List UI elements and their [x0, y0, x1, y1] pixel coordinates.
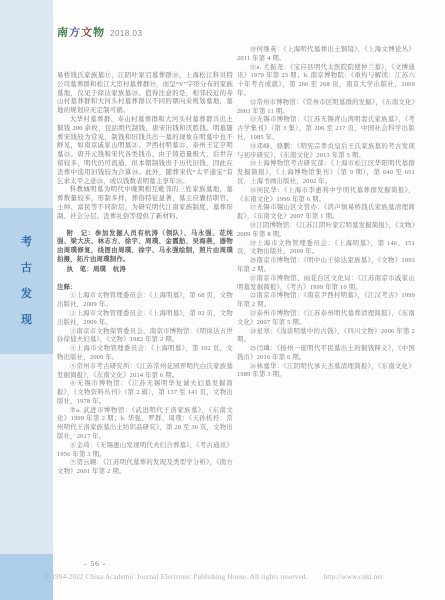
footnote: ⑮上海博物馆考古研究部：《上海市松江区华阳明代墓群发掘简报》，《上海博物馆集刊》…: [237, 160, 415, 186]
section-label-band: 考 古 发 现: [0, 208, 53, 354]
footnote: ⑯何民华：《上海市李惠利中学明代墓葬群发掘简报》，《东南文化》1999 年第 6…: [237, 187, 415, 205]
body-paragraph: 大华村墓葬群、寿山村墓葬群和大河头村墓葬群共出土铜钱 200 余枚，包括明代制钱…: [57, 116, 233, 186]
footnote: ⑥无锡市博物馆：《江苏无锡明华复诚夫妇墓发掘简报》，《文物资料丛刊》（第 2 辑…: [57, 380, 233, 406]
footnote: ㉔星寒：《浅谈明墓中的古钱》，《四川文物》2006 年第 2 期。: [237, 328, 415, 346]
footnote: ㉒南京市博物馆：《南京尹西村明墓》，《江汉考古》1999 年第 2 期。: [237, 292, 415, 310]
footnote: ⑤常州市考古研究所：《江苏常州花园弄明代白氏家族墓发掘简报》，《东南文化》201…: [57, 363, 233, 381]
footnote: ①上海市文物管理委员会：《上海明墓》，第 68 页，文物出版社，2009 年。: [57, 292, 233, 310]
footnote: ③南京市文物保管委员会、南京市博物馆：《明徐达五世孙徐俌夫妇墓》，《文物》198…: [57, 328, 233, 346]
page-header: 南 方 文 物 2018.03: [57, 27, 142, 43]
appendix-note: 附 记：参加发掘人员有杭涛（领队）、马永强、花纯强、梁大庆、林志方、徐宇、周璞、…: [57, 230, 233, 265]
journal-logo-char: 文: [81, 27, 93, 38]
section-label-char: 现: [21, 315, 32, 326]
footnote: ⑬无锡市博物馆：《江苏无锡青山湾明裴氏家族墓》，《考古学集刊》（第 3 集），第…: [237, 116, 415, 142]
footnote: ⑫常州市博物馆：《常州市区明墓群的发掘》，《东南文化》2003 年第 11 期。: [237, 99, 415, 117]
copyright-text: © 1994-2022 China Academic Journal Elect…: [44, 573, 308, 581]
journal-logo-char: 方: [69, 27, 81, 38]
cnki-url: http://www.cnki.net: [324, 573, 383, 581]
footnote: ⑩何继英：《上海明代墓葬出土铜镜》，《上海文博论丛》2011 年第 4 期。: [237, 46, 415, 64]
notes-heading: 注释：: [57, 284, 233, 293]
body-paragraph: 科教城明墓为明代中晚期相互毗邻的三姓家族墓地，墓葬数量较多，形制多样，葬俗特征显…: [57, 186, 233, 221]
footnote: ⑪a. 尤振尧：《宝应县明代太医院院使仲兰墓》，《文博通讯》1979 年第 23…: [237, 64, 415, 99]
footnote: ④上海市文物管理委员会：《上海明墓》，第 102 页，文物出版社，2009 年。: [57, 345, 233, 363]
section-label-char: 发: [21, 289, 32, 300]
journal-logo: 南 方 文 物: [57, 27, 104, 38]
right-column: ⑩何继英：《上海明代墓葬出土铜镜》，《上海文博论丛》2011 年第 4 期。 ⑪…: [237, 46, 415, 380]
footnote: ⑦a. 武进市博物馆：《武进明代王洛家族墓》，《东南文化》1999 年第 2 期…: [57, 407, 233, 442]
issue-number: 2018.03: [110, 29, 142, 38]
footnote: ⑰无锡市锡山区文管办：《鸿声镇易桥钱氏家族墓清理简报》，《东南文化》2007 年…: [237, 204, 415, 222]
left-column: 易桥钱氏家族墓⑰，江阴叶家宕墓葬群⑱，上海松江科贝特公司墓葬群和松江大宦村墓葬群…: [57, 72, 233, 477]
page-number: - 56 -: [84, 559, 106, 568]
footnote: ②上海市文物管理委员会：《上海明墓》，第 92 页，文物出版社，2009 年。: [57, 310, 233, 328]
journal-page: 考 古 发 现 南 方 文 物 2018.03 易桥钱氏家族墓⑰，江阴叶家宕墓葬…: [0, 0, 445, 600]
journal-logo-char: 物: [93, 27, 105, 38]
body-paragraph: 易桥钱氏家族墓⑰，江阴叶家宕墓葬群⑱，上海松江科贝特公司墓葬群和松江大宦村墓葬群…: [57, 72, 233, 116]
section-label-char: 古: [21, 263, 32, 274]
footnote: ⑭邓峰、骆鹏：《明宪宗孝贞皇后王氏家族墓的考古发现与初步研究》，《东南文化》20…: [237, 143, 415, 161]
footnote: ㉕闫璘：《扬州一座明代平民墓出土的铜钱释义》，《中国钱币》2016 年第 6 期…: [237, 345, 415, 363]
footnote: ⑲上海市文物管理委员会：《上海明墓》，第 146、151 页，文物出版社，200…: [237, 240, 415, 258]
footnote: ⑱江阴博物馆：《江苏江阴叶家宕明墓发掘简报》，《文物》2009 年第 8 期。: [237, 222, 415, 240]
footnote: ⑨贺云翱：《江苏明代墓葬的发现及类型学分析》，《南方文物》2001 年第 2 期…: [57, 459, 233, 477]
footnote: ⑧金琦：《无锡惠山发现明代夫妇合葬墓》，《考古通讯》1956 年第 3 期。: [57, 442, 233, 460]
section-label-char: 考: [21, 237, 32, 248]
footnote: ㉑南京市博物馆、雨花台区文化局：《江苏南京市戚家山明墓发掘简报》，《考古》199…: [237, 275, 415, 293]
byline: 执 笔：周璞 杭涛: [57, 266, 233, 275]
footnote: ㉖林嘉华：《江阴明代承天杰墓清理简报》，《东南文化》1989 年第 3 期。: [237, 363, 415, 381]
journal-logo-char: 南: [57, 27, 69, 38]
copyright-line: © 1994-2022 China Academic Journal Elect…: [44, 573, 424, 581]
footnote: ㉓泰州市博物馆：《江苏泰州明代墓葬清理简报》，《东南文化》2007 年第 5 期…: [237, 310, 415, 328]
footnote: ⑳南京市博物馆：《明中山王徐达家族墓》，《文物》1993 年第 2 期。: [237, 257, 415, 275]
